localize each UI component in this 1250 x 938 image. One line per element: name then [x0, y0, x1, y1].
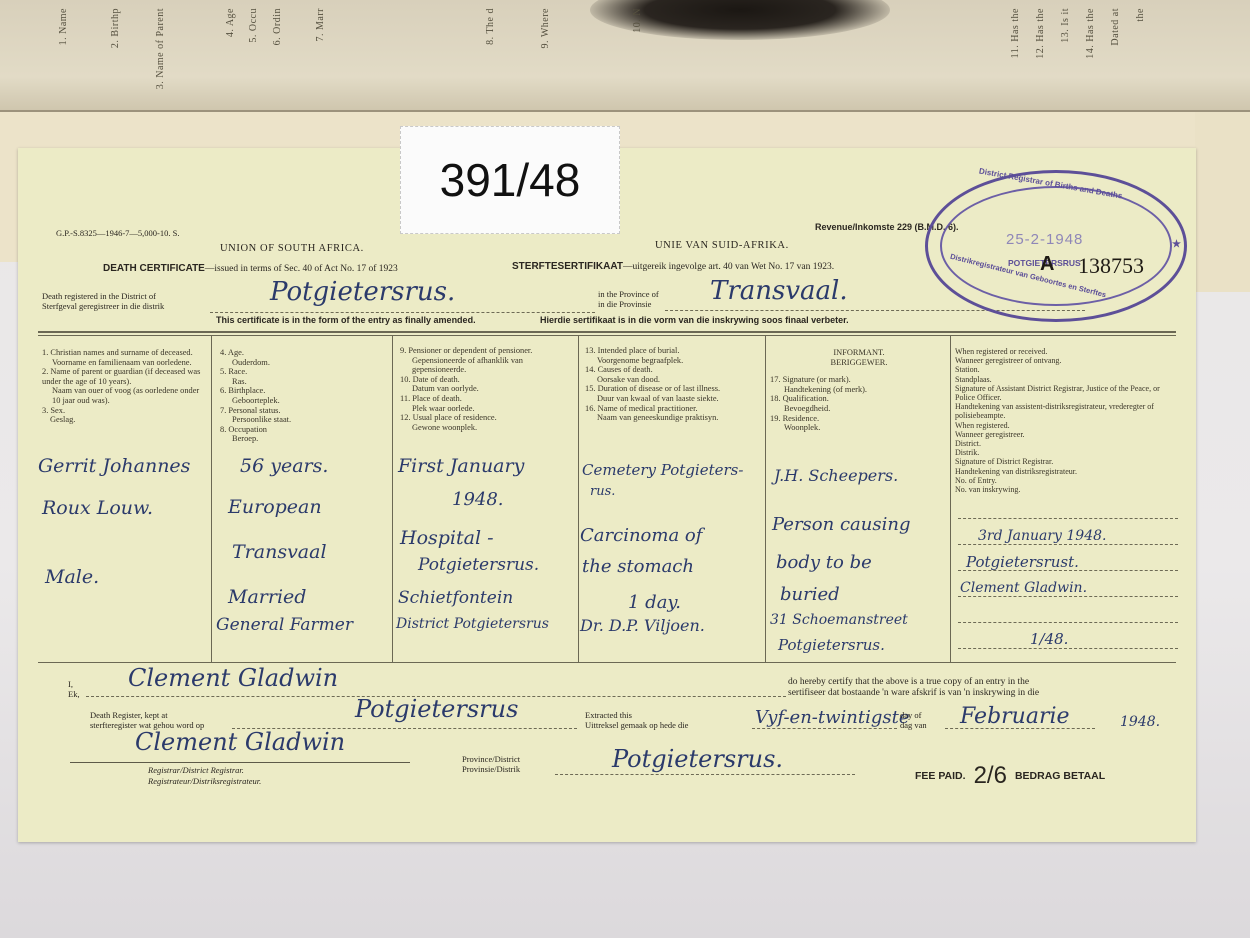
header-medical-practitioner: 16. Name of medical practitioner. — [585, 404, 763, 414]
deceased-race: European — [228, 496, 322, 518]
fee-paid: FEE PAID. 2/6 BEDRAG BETAAL — [915, 762, 1105, 790]
i-ek-label: I, Ek, — [68, 679, 80, 699]
header-parent: 2. Name of parent or guardian (if deceas… — [42, 367, 207, 386]
cert-title-af-line: STERFTESERTIFIKAAT—uitgereik ingevolge a… — [512, 256, 834, 274]
place-of-death-town: Potgietersrus. — [418, 555, 539, 575]
header-woonplek: Woonplek. — [770, 423, 948, 433]
header-gepensioneerde: Gepensioneerde of afhanklik van gepensio… — [400, 356, 575, 375]
day-line — [752, 728, 897, 729]
stamp-date: 25-2-1948 — [1006, 231, 1083, 248]
deceased-status: Married — [228, 586, 306, 608]
usual-residence: Schietfontein — [398, 588, 513, 608]
district-label-af: Sterfgeval geregistreer in die distrik — [42, 301, 164, 311]
cert-title-en: DEATH CERTIFICATE — [103, 263, 205, 274]
background-book-page: 1. Name 2. Birthp 3. Name of Parent 4. A… — [0, 0, 1250, 112]
certify-text: do hereby certify that the above is a tr… — [788, 677, 1039, 699]
header-voorname: Voorname en familienaam van oorledene. — [42, 358, 207, 368]
amended-af: Hierdie sertifikaat is in die vorm van d… — [540, 315, 849, 325]
book-text: 3. Name of Parent — [155, 8, 166, 89]
header-informant: INFORMANT. — [770, 348, 948, 358]
column-3-headers: 9. Pensioner or dependent of pensioner. … — [400, 346, 575, 432]
i-label: I, — [68, 679, 80, 689]
cert-title-af: STERFTESERTIFIKAAT — [512, 261, 623, 272]
header-date-of-death: 10. Date of death. — [400, 375, 575, 385]
deceased-age: 56 years. — [240, 455, 328, 477]
serial-number: 138753 — [1078, 253, 1144, 279]
header-handtekening: Handtekening (of merk). — [770, 385, 948, 395]
table-top-border-2 — [38, 335, 1176, 336]
header-when-registered: When registered. — [955, 421, 1175, 430]
informant-residence: 31 Schoemanstreet — [770, 612, 908, 628]
title-en: UNION OF SOUTH AFRICA. — [220, 243, 364, 254]
header-place-of-death: 11. Place of death. — [400, 394, 575, 404]
cert-sub-en: —issued in terms of Sec. 40 of Act No. 1… — [205, 264, 398, 274]
informant-qualification-cont-2: buried — [780, 584, 840, 605]
entry-line — [958, 518, 1178, 519]
entry-number-value: 1/48. — [1030, 630, 1068, 648]
header-entry-no: No. of Entry. — [955, 476, 1175, 485]
signature-line — [70, 762, 410, 763]
archive-label: 391/48 — [400, 126, 620, 234]
amended-en: This certificate is in the form of the e… — [216, 315, 476, 325]
book-text: Dated at — [1110, 8, 1121, 46]
header-occupation: 8. Occupation — [220, 425, 388, 435]
header-qualification: 18. Qualification. — [770, 394, 948, 404]
header-station: Station. — [955, 365, 1175, 374]
header-duur: Duur van kwaal of van laaste siekte. — [585, 394, 763, 404]
header-ouderdom: Ouderdom. — [220, 358, 388, 368]
entry-line — [958, 622, 1178, 623]
header-pensioner: 9. Pensioner or dependent of pensioner. — [400, 346, 575, 356]
station-value: Potgietersrust. — [966, 553, 1079, 571]
fee-label-af: BEDRAG BETAAL — [1015, 770, 1105, 782]
certify-af: sertifiseer dat bostaande 'n ware afskri… — [788, 688, 1039, 699]
district-label-en: Death registered in the District of — [42, 291, 164, 301]
extracted-en: Extracted this — [585, 710, 688, 720]
registrar-name: Clement Gladwin — [128, 664, 338, 692]
header-when-registered-received: When registered or received. — [955, 347, 1175, 356]
header-bevoegdheid: Bevoegdheid. — [770, 404, 948, 414]
header-begraafplek: Voorgenome begraafplek. — [585, 356, 763, 366]
header-datum-van-oorlyde: Datum van oorlyde. — [400, 384, 575, 394]
header-age: 4. Age. — [220, 348, 388, 358]
district-value: Potgietersrus. — [270, 277, 455, 307]
header-oorsake: Oorsake van dood. — [585, 375, 763, 385]
deceased-occupation: General Farmer — [216, 615, 353, 635]
header-ras: Ras. — [220, 377, 388, 387]
book-text: 11. Has the — [1010, 8, 1021, 58]
registrar-title-af: Registrateur/Distriksregistrateur. — [148, 776, 261, 787]
book-text: 4. Age — [225, 8, 236, 37]
extracted-af: Uittreksel gemaak op hede die — [585, 720, 688, 730]
province-label-en: in the Province of — [598, 289, 659, 299]
header-usual-residence: 12. Usual place of residence. — [400, 413, 575, 423]
cert-title-en-line: DEATH CERTIFICATE—issued in terms of Sec… — [103, 258, 398, 276]
district-line — [210, 312, 595, 313]
title-af: UNIE VAN SUID-AFRIKA. — [655, 240, 789, 251]
header-sex: 3. Sex. — [42, 406, 207, 416]
day-of-af: dag van — [900, 720, 927, 730]
header-beroep: Beroep. — [220, 434, 388, 444]
day-of-label: day of dag van — [900, 710, 927, 730]
col-divider — [765, 336, 766, 662]
registrar-title: Registrar/District Registrar. Registrate… — [148, 765, 261, 787]
informant-signature: J.H. Scheepers. — [774, 466, 898, 485]
book-text: 13. Is it — [1060, 8, 1071, 43]
book-text: 2. Birthp — [110, 8, 121, 48]
book-text: 1. Name — [58, 8, 69, 45]
print-code: G.P.-S.8325—1946-7—5,000-10. S. — [56, 228, 180, 238]
table-top-border — [38, 331, 1176, 333]
header-inskrywing-no: No. van inskrywing. — [955, 485, 1175, 494]
informant-qualification-cont: body to be — [776, 552, 872, 573]
cause-of-death: Carcinoma of — [580, 525, 702, 546]
fee-label: FEE PAID. — [915, 770, 966, 782]
certify-en: do hereby certify that the above is a tr… — [788, 677, 1039, 688]
burial-place-cont: rus. — [590, 484, 615, 499]
header-assistent-handtekening: Handtekening van assistent-distriksregis… — [955, 402, 1175, 420]
column-6-headers: When registered or received. Wanneer ger… — [955, 347, 1175, 494]
register-label-en: Death Register, kept at — [90, 710, 204, 720]
header-causes-of-death: 14. Causes of death. — [585, 365, 763, 375]
header-signature: 17. Signature (or mark). — [770, 375, 948, 385]
book-text: 9. Where — [540, 8, 551, 48]
header-residence: 19. Residence. — [770, 414, 948, 424]
book-text: 10. N — [632, 8, 643, 33]
registrar-signature: Clement Gladwin — [135, 728, 345, 756]
informant-qualification: Person causing — [772, 514, 910, 535]
date-of-death-day: First January — [398, 455, 524, 477]
province-district-line — [555, 774, 855, 775]
column-4-headers: 13. Intended place of burial. Voorgenome… — [585, 346, 763, 423]
fee-value: 2/6 — [974, 762, 1007, 789]
entry-line — [958, 596, 1178, 597]
header-district: District. — [955, 439, 1175, 448]
col-divider — [392, 336, 393, 662]
province-district-label: Province/District Provinsie/Distrik — [462, 754, 520, 774]
serial-prefix: A — [1040, 253, 1054, 276]
header-personal-status: 7. Personal status. — [220, 406, 388, 416]
extract-day: Vyf-en-twintigste — [755, 707, 910, 728]
deceased-birthplace: Transvaal — [232, 541, 327, 563]
province-district-en: Province/District — [462, 754, 520, 764]
province-label-af: in die Provinsie — [598, 299, 659, 309]
extracted-label: Extracted this Uittreksel gemaak op hede… — [585, 710, 688, 730]
book-text: 6. Ordin — [272, 8, 283, 45]
deceased-first-names: Gerrit Johannes — [38, 455, 190, 477]
column-2-headers: 4. Age. Ouderdom. 5. Race. Ras. 6. Birth… — [220, 348, 388, 444]
cert-sub-af: —uitgereik ingevolge art. 40 van Wet No.… — [623, 262, 834, 272]
column-1-headers: 1. Christian names and surname of deceas… — [42, 348, 207, 425]
cause-of-death-cont: the stomach — [582, 556, 694, 577]
entry-line — [958, 544, 1178, 545]
deceased-sex: Male. — [45, 566, 99, 588]
header-beriggewer: BERIGGEWER. — [770, 358, 948, 368]
burial-place: Cemetery Potgieters- — [582, 461, 743, 479]
header-burial-place: 13. Intended place of burial. — [585, 346, 763, 356]
entry-line — [958, 648, 1178, 649]
book-text: 7. Marr — [315, 8, 326, 42]
extract-month: Februarie — [960, 704, 1070, 729]
place-of-death: Hospital - — [400, 527, 494, 549]
ek-label: Ek, — [68, 689, 80, 699]
header-wanneer-geregistreer: Wanneer geregistreer. — [955, 430, 1175, 439]
header-race: 5. Race. — [220, 367, 388, 377]
book-text: 5. Occu — [248, 8, 259, 43]
province-district-af: Provinsie/Distrik — [462, 764, 520, 774]
duration-of-illness: 1 day. — [628, 592, 681, 613]
header-geboorteplek: Geboorteplek. — [220, 396, 388, 406]
day-of-en: day of — [900, 710, 927, 720]
star-icon: ★ — [1172, 239, 1181, 250]
registrar-signature-value: Clement Gladwin. — [960, 580, 1087, 596]
column-5-headers: INFORMANT. BERIGGEWER. 17. Signature (or… — [770, 348, 948, 433]
district-label: Death registered in the District of Ster… — [42, 291, 164, 311]
col-divider — [950, 336, 951, 662]
when-registered-value: 3rd January 1948. — [978, 528, 1106, 544]
header-persoonlike-staat: Persoonlike staat. — [220, 415, 388, 425]
register-value: Potgietersrus — [355, 695, 518, 723]
header-gewone-woonplek: Gewone woonplek. — [400, 423, 575, 433]
header-assistant-signature: Signature of Assistant District Registra… — [955, 384, 1175, 402]
province-label: in the Province of in die Provinsie — [598, 289, 659, 309]
archive-number: 391/48 — [440, 153, 581, 207]
col-divider — [211, 336, 212, 662]
header-geneeskundige: Naam van geneeskundige praktisyn. — [585, 413, 763, 423]
header-registrateur-handtekening: Handtekening van distriksregistrateur. — [955, 467, 1175, 476]
header-distrik: Distrik. — [955, 448, 1175, 457]
province-value: Transvaal. — [710, 276, 848, 306]
header-ouer: Naam van ouer of voog (as oorledene onde… — [42, 386, 207, 405]
registrar-stamp: District Registrar of Births and Deaths … — [925, 170, 1187, 322]
province-district-value: Potgietersrus. — [612, 745, 783, 773]
header-standplaas: Standplaas. — [955, 375, 1175, 384]
deceased-surname: Roux Louw. — [42, 497, 153, 519]
book-text: 12. Has the — [1035, 8, 1046, 59]
header-wanneer-ontvang: Wanneer geregistreer of ontvang. — [955, 356, 1175, 365]
book-text: 14. Has the — [1085, 8, 1096, 59]
usual-residence-district: District Potgietersrus — [396, 616, 549, 632]
folder-backing-right — [1195, 112, 1250, 292]
header-geslag: Geslag. — [42, 415, 207, 425]
date-of-death-year: 1948. — [452, 489, 504, 510]
medical-practitioner: Dr. D.P. Viljoen. — [580, 616, 705, 635]
col-divider — [578, 336, 579, 662]
header-plek-waar-oorlede: Plek waar oorlede. — [400, 404, 575, 414]
header-registrar-signature: Signature of District Registrar. — [955, 457, 1175, 466]
header-birthplace: 6. Birthplace. — [220, 386, 388, 396]
book-text: 8. The d — [485, 8, 496, 45]
informant-residence-town: Potgietersrus. — [778, 636, 885, 654]
register-label: Death Register, kept at sterfteregister … — [90, 710, 204, 730]
extract-year: 1948. — [1120, 714, 1160, 730]
table-bottom-border — [38, 662, 1176, 663]
registrar-title-en: Registrar/District Registrar. — [148, 765, 261, 776]
header-duration: 15. Duration of disease or of last illne… — [585, 384, 763, 394]
book-text: the — [1135, 8, 1146, 22]
header-christian-names: 1. Christian names and surname of deceas… — [42, 348, 207, 358]
